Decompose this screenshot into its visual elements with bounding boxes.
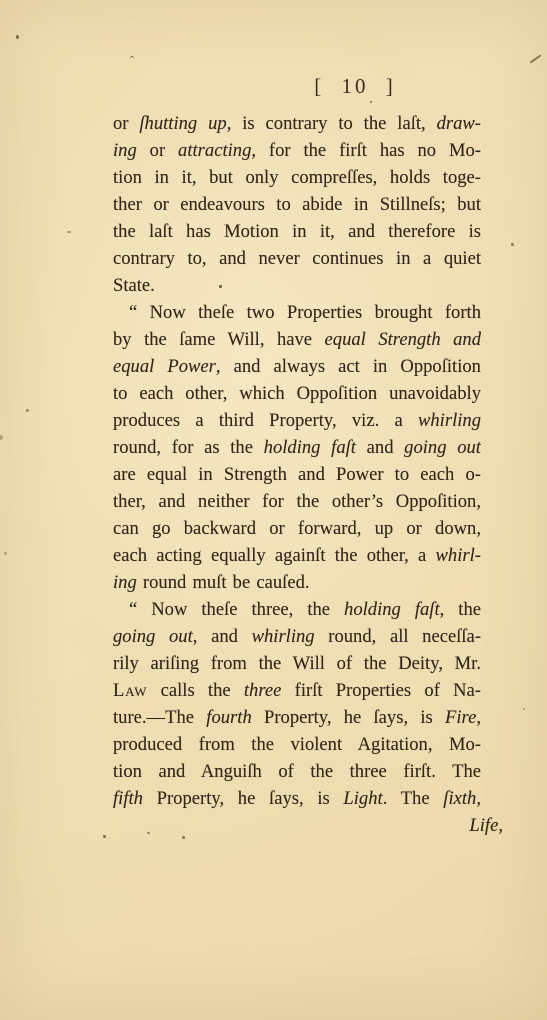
pen-mark (530, 54, 542, 63)
text-line: equal Power, and always act in Oppoſitio… (113, 353, 481, 380)
paper-speck (219, 285, 222, 288)
text-line: tion in it, but only compreſſes, holds t… (113, 164, 481, 191)
text-line: ing or attracting, for the firſt has no … (113, 137, 481, 164)
text-line: produces a third Property, viz. a whirli… (113, 407, 481, 434)
text-line: ture.—The fourth Property, he ſays, is F… (113, 704, 481, 731)
text-line: by the ſame Will, have equal Strength an… (113, 326, 481, 353)
text-line: or ſhutting up, is contrary to the laſt,… (113, 110, 481, 137)
text-line: each acting equally againſt the other, a… (113, 542, 481, 569)
paper-speck (103, 835, 106, 838)
paper-speck (26, 409, 29, 412)
text-line: rily ariſing from the Will of the Deity,… (113, 650, 481, 677)
text-line: can go backward or forward, up or down, (113, 515, 481, 542)
text-line: “ Now theſe three, the holding faſt, the (113, 596, 481, 623)
catchword: Life, (469, 815, 503, 836)
text-line: ing round muſt be cauſed. (113, 569, 481, 596)
text-line: tion and Anguiſh of the three firſt. The (113, 758, 481, 785)
text-line: “ Now theſe two Properties brought forth (113, 299, 481, 326)
paper-speck (370, 101, 372, 103)
text-line: contrary to, and never continues in a qu… (113, 245, 481, 272)
text-line: to each other, which Oppoſition unavoida… (113, 380, 481, 407)
text-line: Law calls the three firſt Properties of … (113, 677, 481, 704)
catchword-row: Life, (113, 812, 503, 839)
pen-mark: ˆ (130, 57, 138, 65)
text-line: ther or endeavours to abide in Stillneſs… (113, 191, 481, 218)
text-line: are equal in Strength and Power to each … (113, 461, 481, 488)
text-line: fifth Property, he ſays, is Light. The ſ… (113, 785, 481, 812)
paper-speck (182, 836, 185, 839)
text-line: State. (113, 272, 481, 299)
text-line: going out, and whirling round, all neceſ… (113, 623, 481, 650)
page-number: [ 10 ] (113, 70, 539, 102)
text-line: the laſt has Motion in it, and therefore… (113, 218, 481, 245)
paper-speck (523, 708, 525, 710)
paper-speck (67, 231, 71, 233)
paper-speck (4, 552, 7, 555)
paper-speck (0, 435, 3, 440)
paper-speck (147, 832, 150, 834)
text-line: round, for as the holding faſt and going… (113, 434, 481, 461)
text-line: ther, and neither for the other’s Oppoſi… (113, 488, 481, 515)
paper-speck (511, 243, 514, 246)
paper-speck (16, 35, 19, 39)
page-body: or ſhutting up, is contrary to the laſt,… (113, 110, 481, 812)
book-page: [ 10 ] or ſhutting up, is contrary to th… (0, 0, 547, 1020)
text-line: produced from the violent Agitation, Mo- (113, 731, 481, 758)
